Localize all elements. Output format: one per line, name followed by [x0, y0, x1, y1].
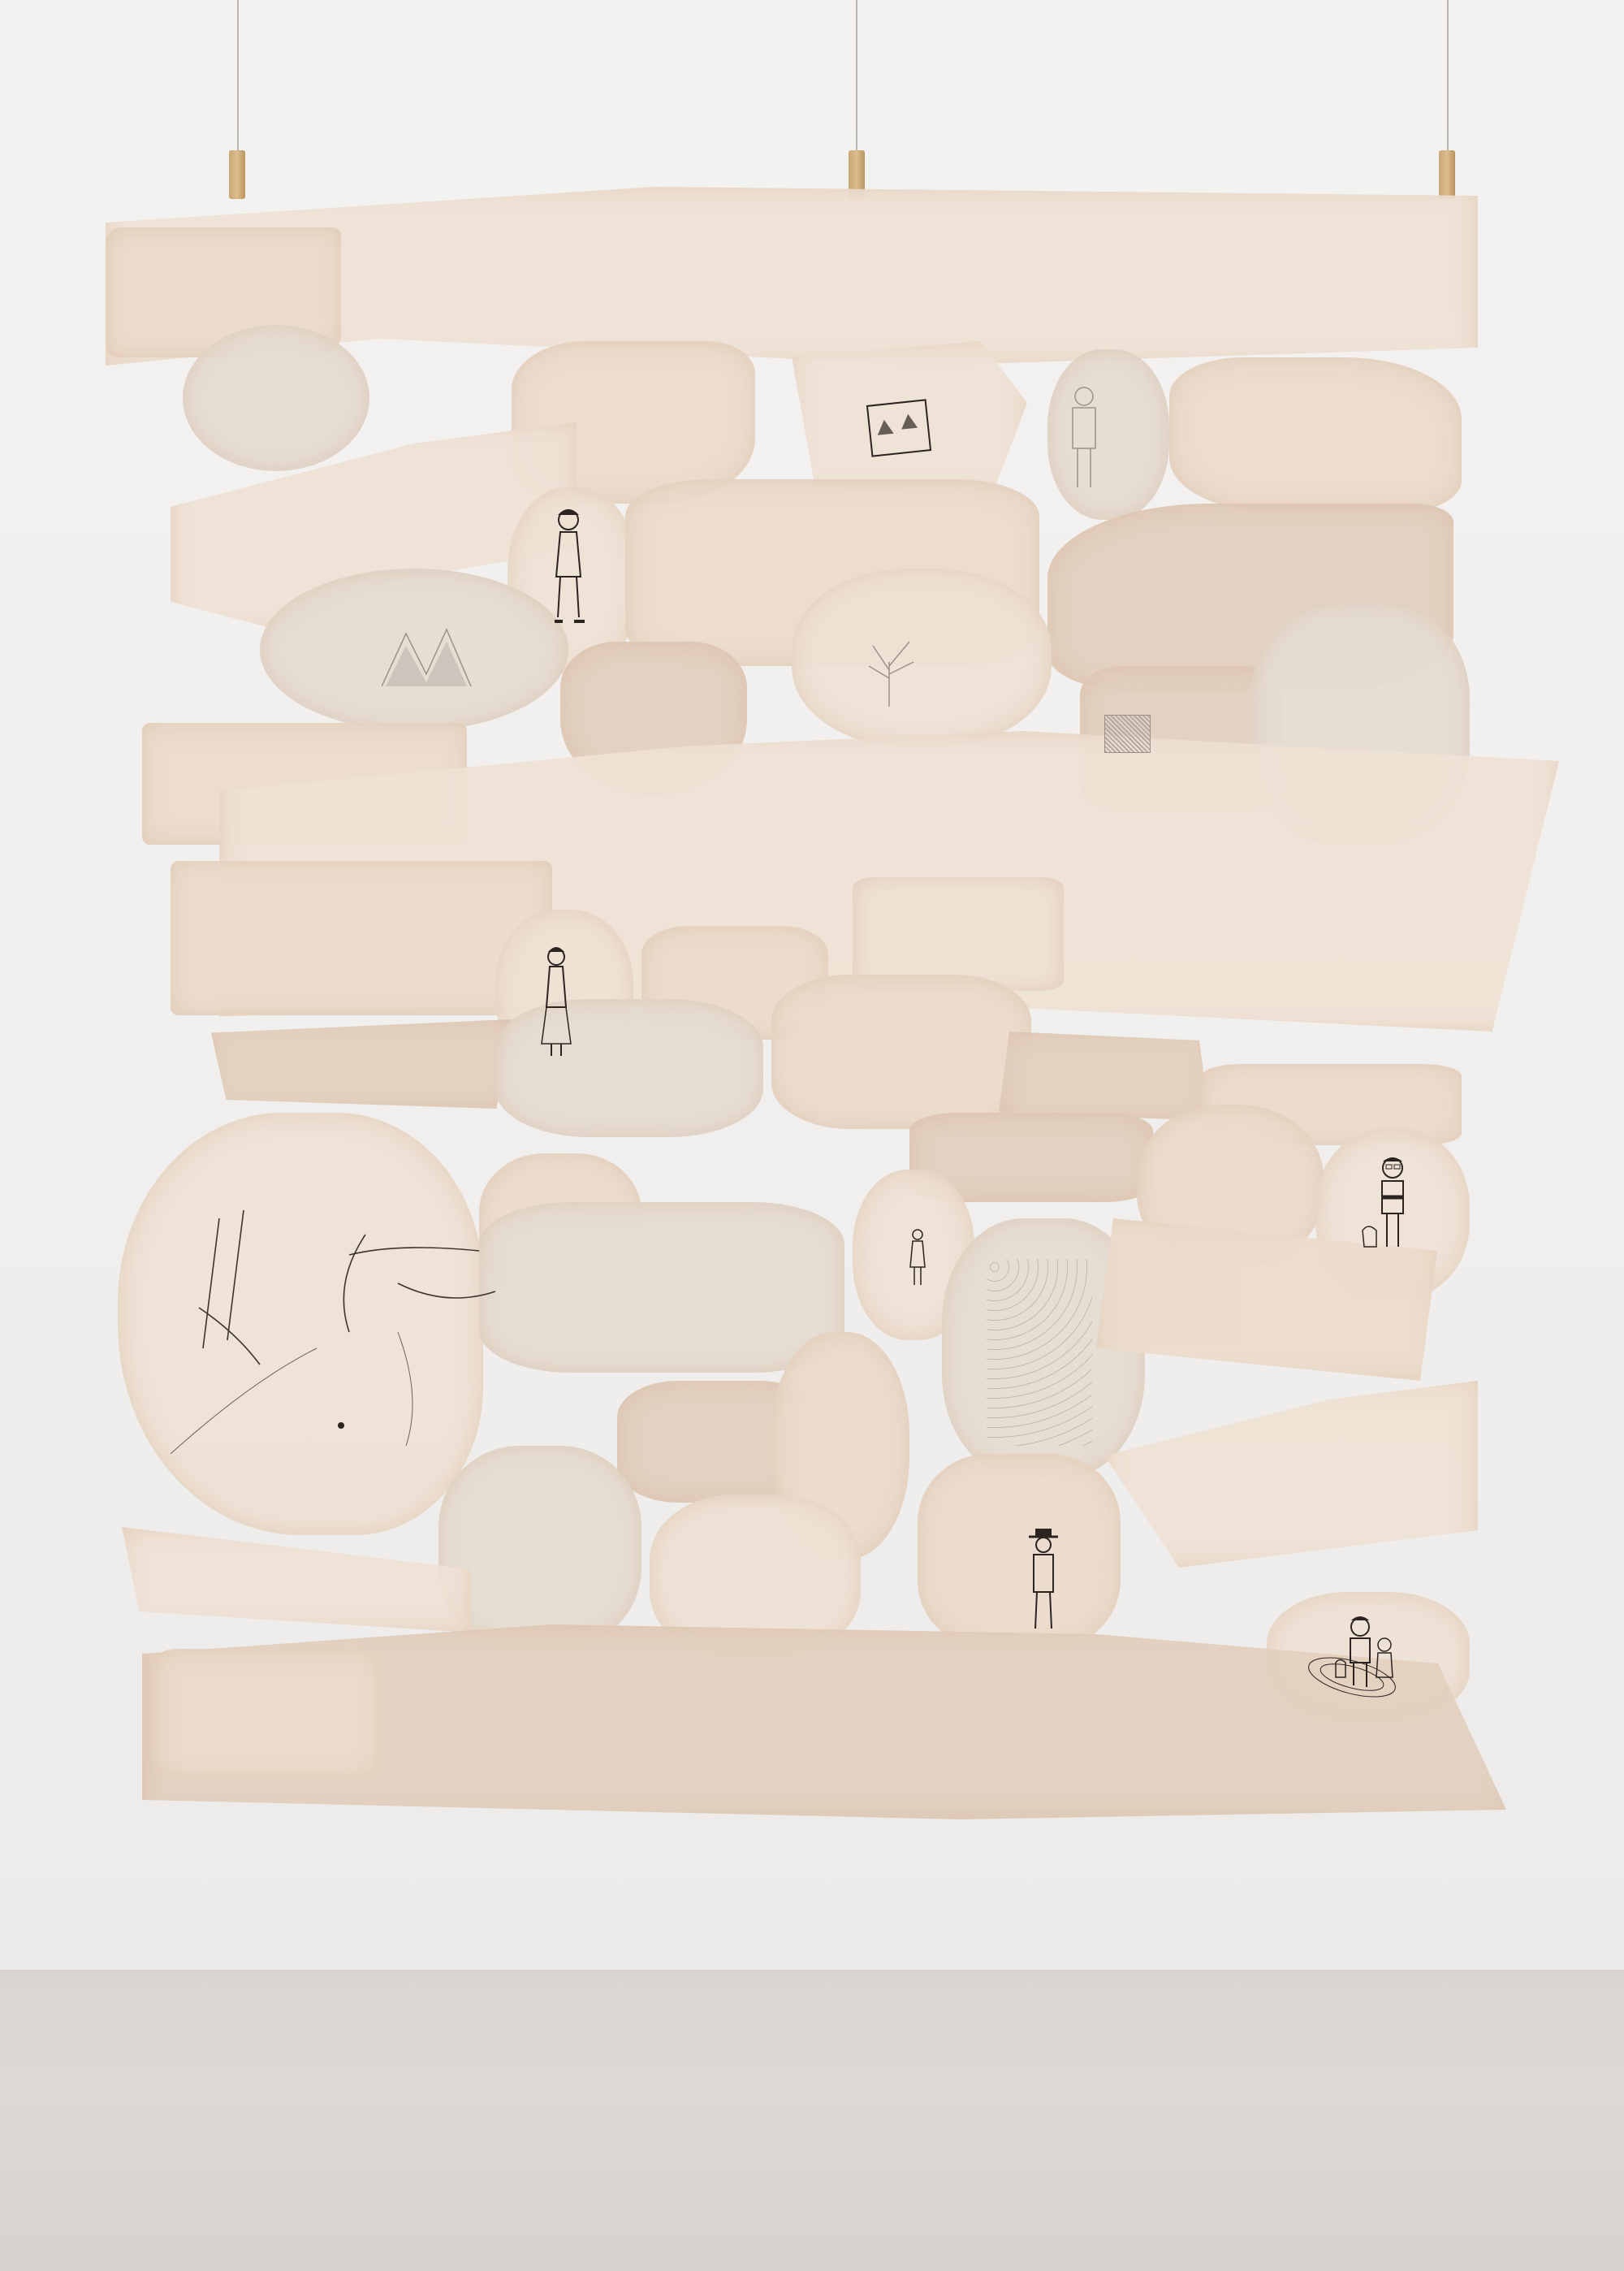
family-on-planet-drawing [1303, 1612, 1417, 1702]
woman-figure-drawing-2 [532, 942, 581, 1064]
mountain-sketch [382, 625, 487, 690]
onigiri-icon [876, 419, 894, 435]
hanging-wire-right [1447, 0, 1449, 162]
onigiri-icon [900, 413, 918, 430]
boy-with-dog-drawing [1356, 1153, 1421, 1267]
paper-row5-midright [771, 975, 1031, 1129]
lace-pattern-sketch [987, 1259, 1092, 1446]
small-girl-figure-drawing [905, 1226, 930, 1291]
paper-row2-right [1169, 357, 1462, 512]
clothespin-right [1439, 150, 1455, 199]
clothespin-left [229, 150, 245, 199]
paper-quote [853, 877, 1064, 991]
standing-figure-pencil-sketch [1060, 382, 1108, 495]
tree-sketch [853, 621, 926, 711]
large-abstract-sketch [154, 1186, 520, 1478]
paper-australia-mirror [999, 1032, 1210, 1121]
man-with-hat-drawing [1019, 1527, 1068, 1641]
hanging-wire-left [237, 0, 239, 167]
hanging-wire-middle [856, 0, 857, 162]
paper-center-wide [479, 1202, 844, 1373]
paper-independence [211, 1019, 512, 1109]
onigiri-lunchbox-drawing [866, 399, 931, 456]
tupperware-sketch [1104, 715, 1151, 753]
paper-japanese-bottom-left [154, 1649, 382, 1779]
paper-row2-a [183, 325, 369, 471]
gallery-floor [0, 1970, 1624, 2271]
woman-figure-drawing-1 [540, 504, 597, 634]
